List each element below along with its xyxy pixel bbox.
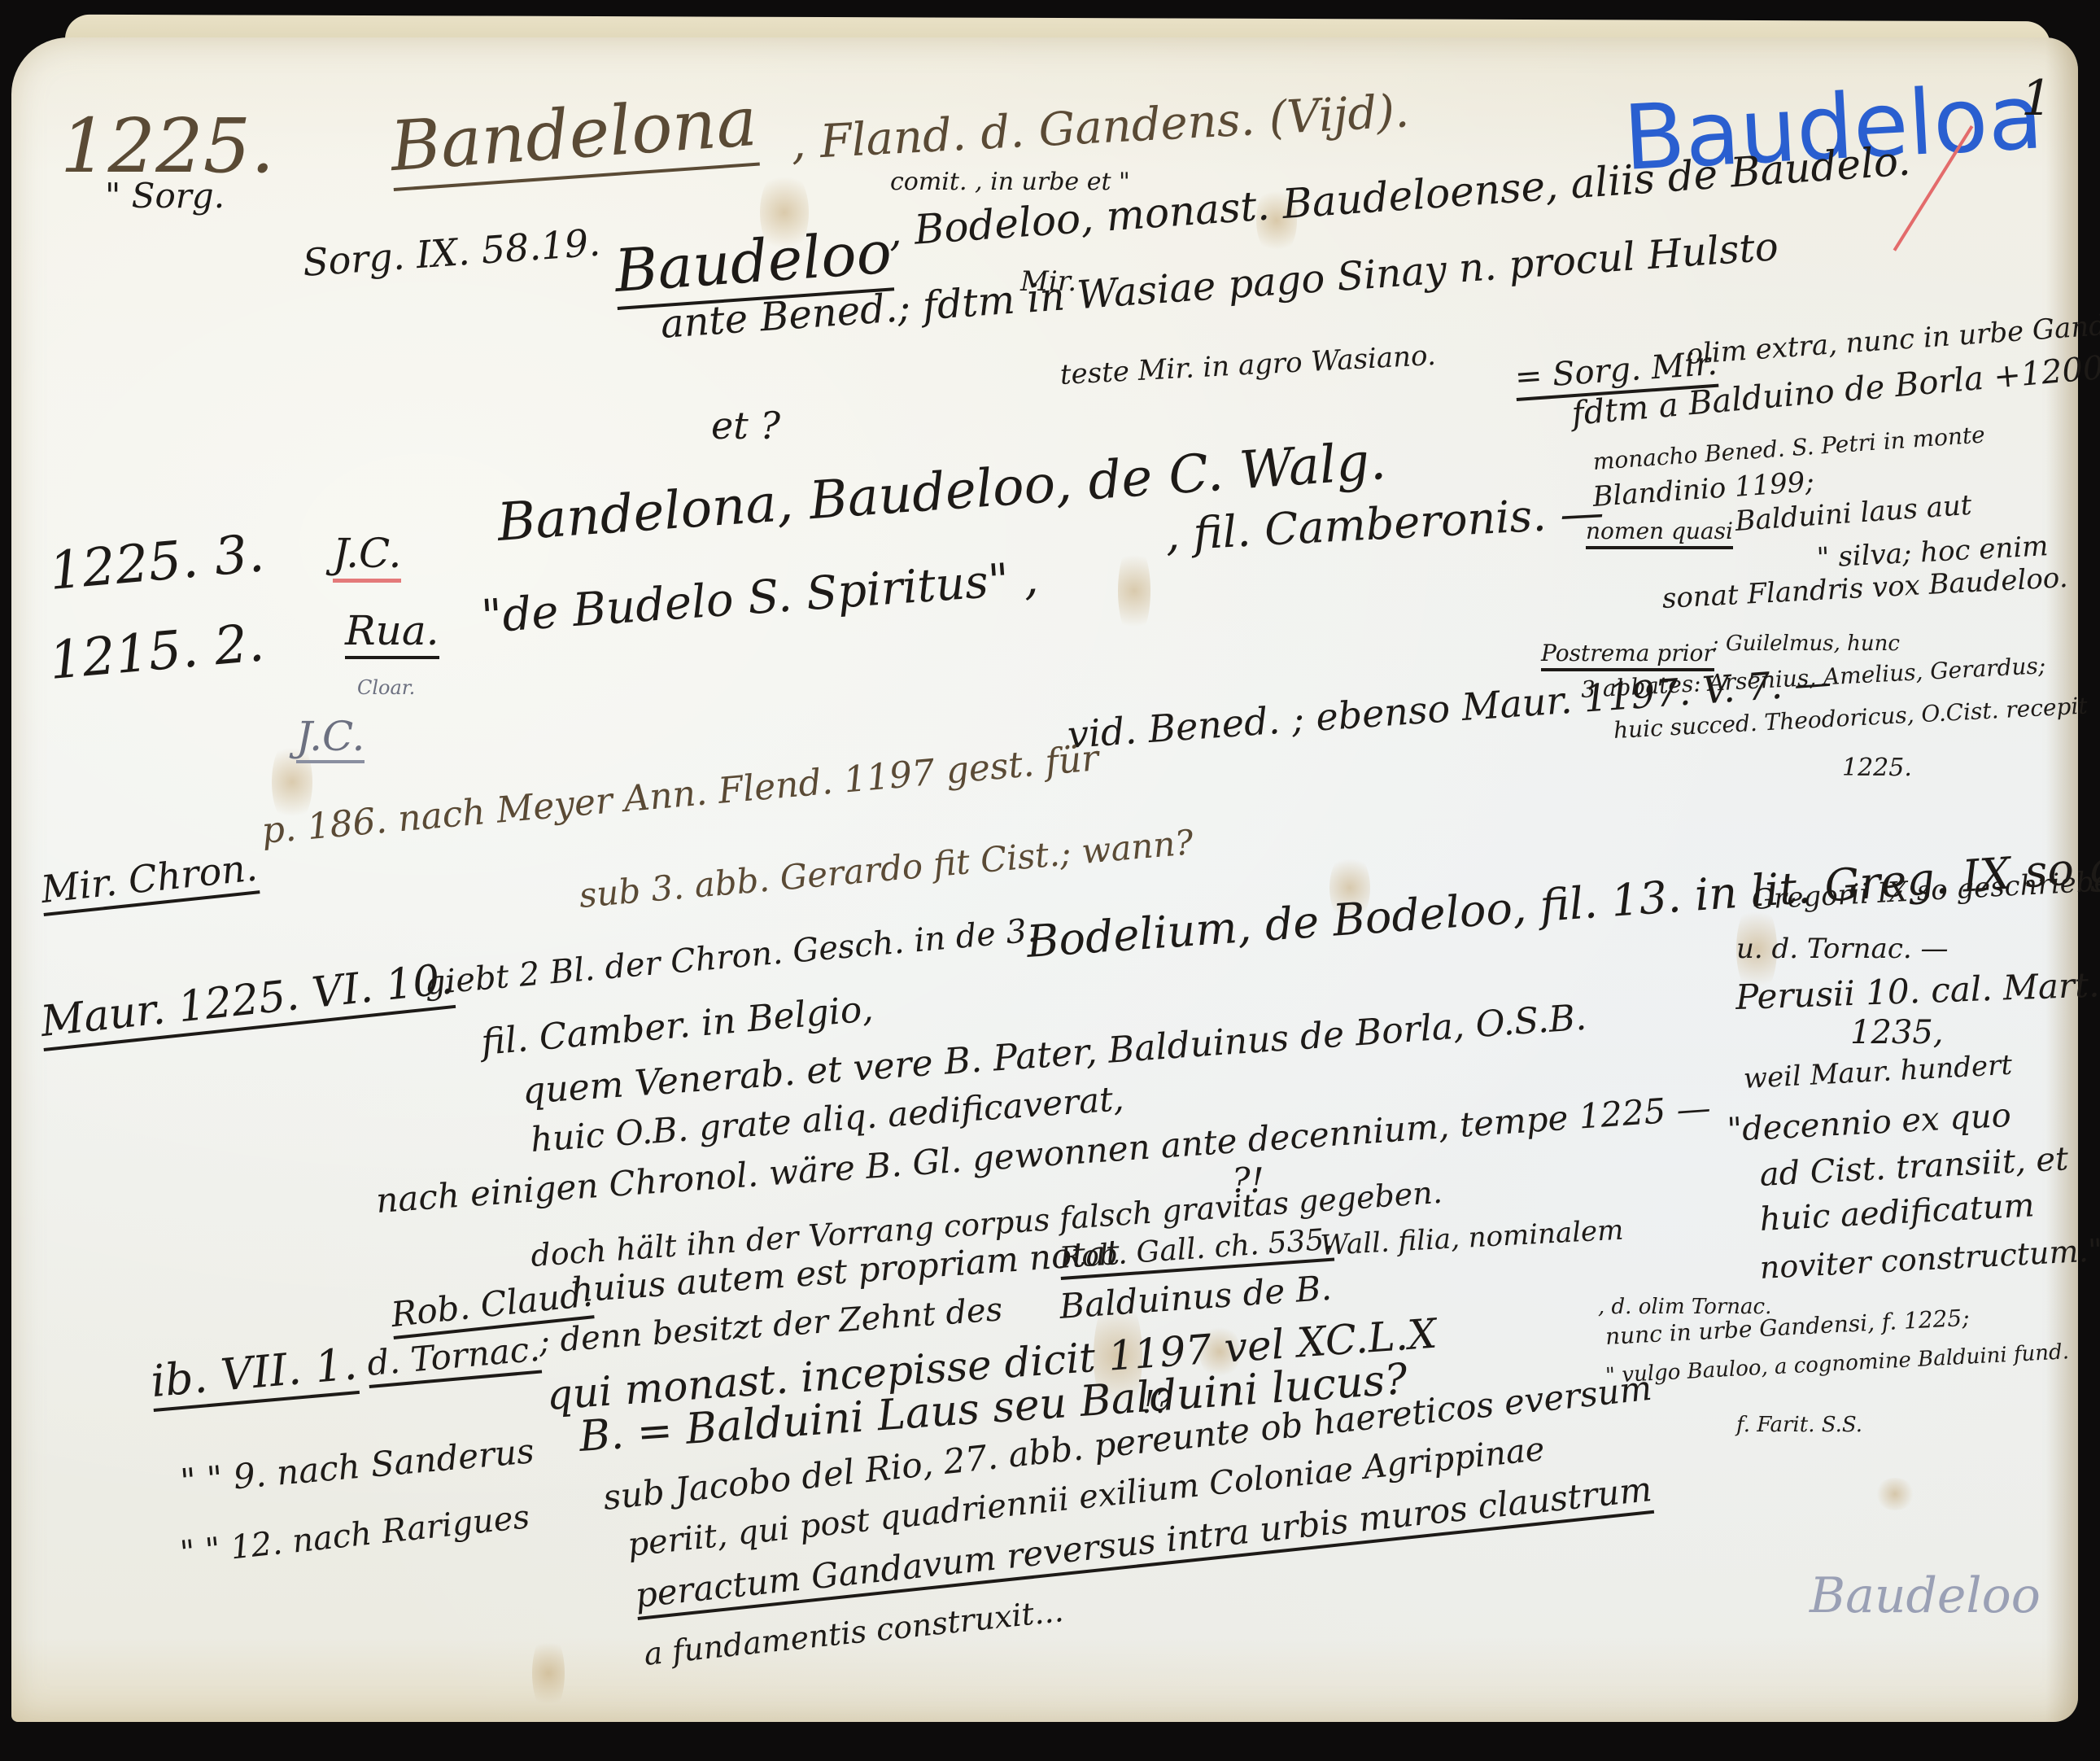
line-ref: Rua. <box>345 607 439 659</box>
faint-pencil-note: Baudeloo <box>1810 1567 2041 1624</box>
line-ref: ib. VII. 1. <box>149 1338 360 1412</box>
margin-text: : Guilelmus, hunc <box>1712 631 1900 656</box>
stain <box>1118 542 1150 640</box>
line-ref: Maur. 1225. VI. 10. <box>38 955 456 1051</box>
line-year: 1215. 2. <box>47 613 267 692</box>
line-ref: d. Tornac. <box>365 1329 542 1388</box>
line-year: 1225. 3. <box>47 523 267 602</box>
line-text: Wall. filia, nominalem <box>1320 1214 1624 1262</box>
line-ref: " " 9. nach Sanderus <box>179 1431 536 1501</box>
line-ref: " " 12. nach Rarigues <box>178 1498 531 1572</box>
margin-ref: Postrema prior <box>1541 640 1714 671</box>
stain <box>1875 1478 1915 1510</box>
page-number: 1 <box>2021 70 2052 127</box>
margin-text: huic aedificatum <box>1759 1186 2036 1239</box>
line-ref: Mir. Chron. <box>39 845 260 916</box>
pencil-note: Cloar. <box>357 676 415 699</box>
header-ref: " Sorg. <box>105 176 225 216</box>
header-title-rest: , Fland. d. Gandens. (Vijd). <box>790 85 1411 170</box>
line-text: sub 3. abb. Gerardo fit Cist.; wann? <box>578 822 1195 915</box>
line-ref: J.C. <box>333 530 401 583</box>
margin-text: u. d. Tornac. — <box>1736 933 1948 965</box>
header-subtitle: comit. , in urbe et " <box>890 168 1130 196</box>
margin-text: weil Maur. hundert <box>1743 1049 2013 1095</box>
pencil-ref: J.C. <box>296 713 365 763</box>
stain <box>532 1632 565 1714</box>
line-text: giebt 2 Bl. der Chron. Gesch. in de 3. <box>423 911 1038 1003</box>
margin-text: 1225. <box>1842 754 1912 782</box>
margin-text: " vulgo Bauloo, a cognomine Balduini fun… <box>1604 1339 2069 1388</box>
manuscript-page: 1225. " Sorg. Bandelona , Fland. d. Gand… <box>11 37 2078 1722</box>
line-text: p. 186. nach Meyer Ann. Flend. 1197 gest… <box>260 737 1101 852</box>
header-title: Bandelona <box>388 81 760 191</box>
margin-ref: nomen quasi <box>1586 518 1733 549</box>
margin-text: ad Cist. transiit, et <box>1759 1140 2070 1194</box>
line-ref: Sorg. IX. 58.19. <box>301 221 601 285</box>
line-text: "de Budelo S. Spiritus" , <box>479 552 1039 644</box>
margin-text: f. Farit. S.S. <box>1736 1413 1862 1437</box>
margin-text: 1235, <box>1850 1014 1944 1051</box>
line-text: et ? <box>711 404 780 448</box>
line-text: teste Mir. in agro Wasiano. <box>1059 339 1437 391</box>
margin-text: "decennio ex quo <box>1727 1097 2012 1149</box>
